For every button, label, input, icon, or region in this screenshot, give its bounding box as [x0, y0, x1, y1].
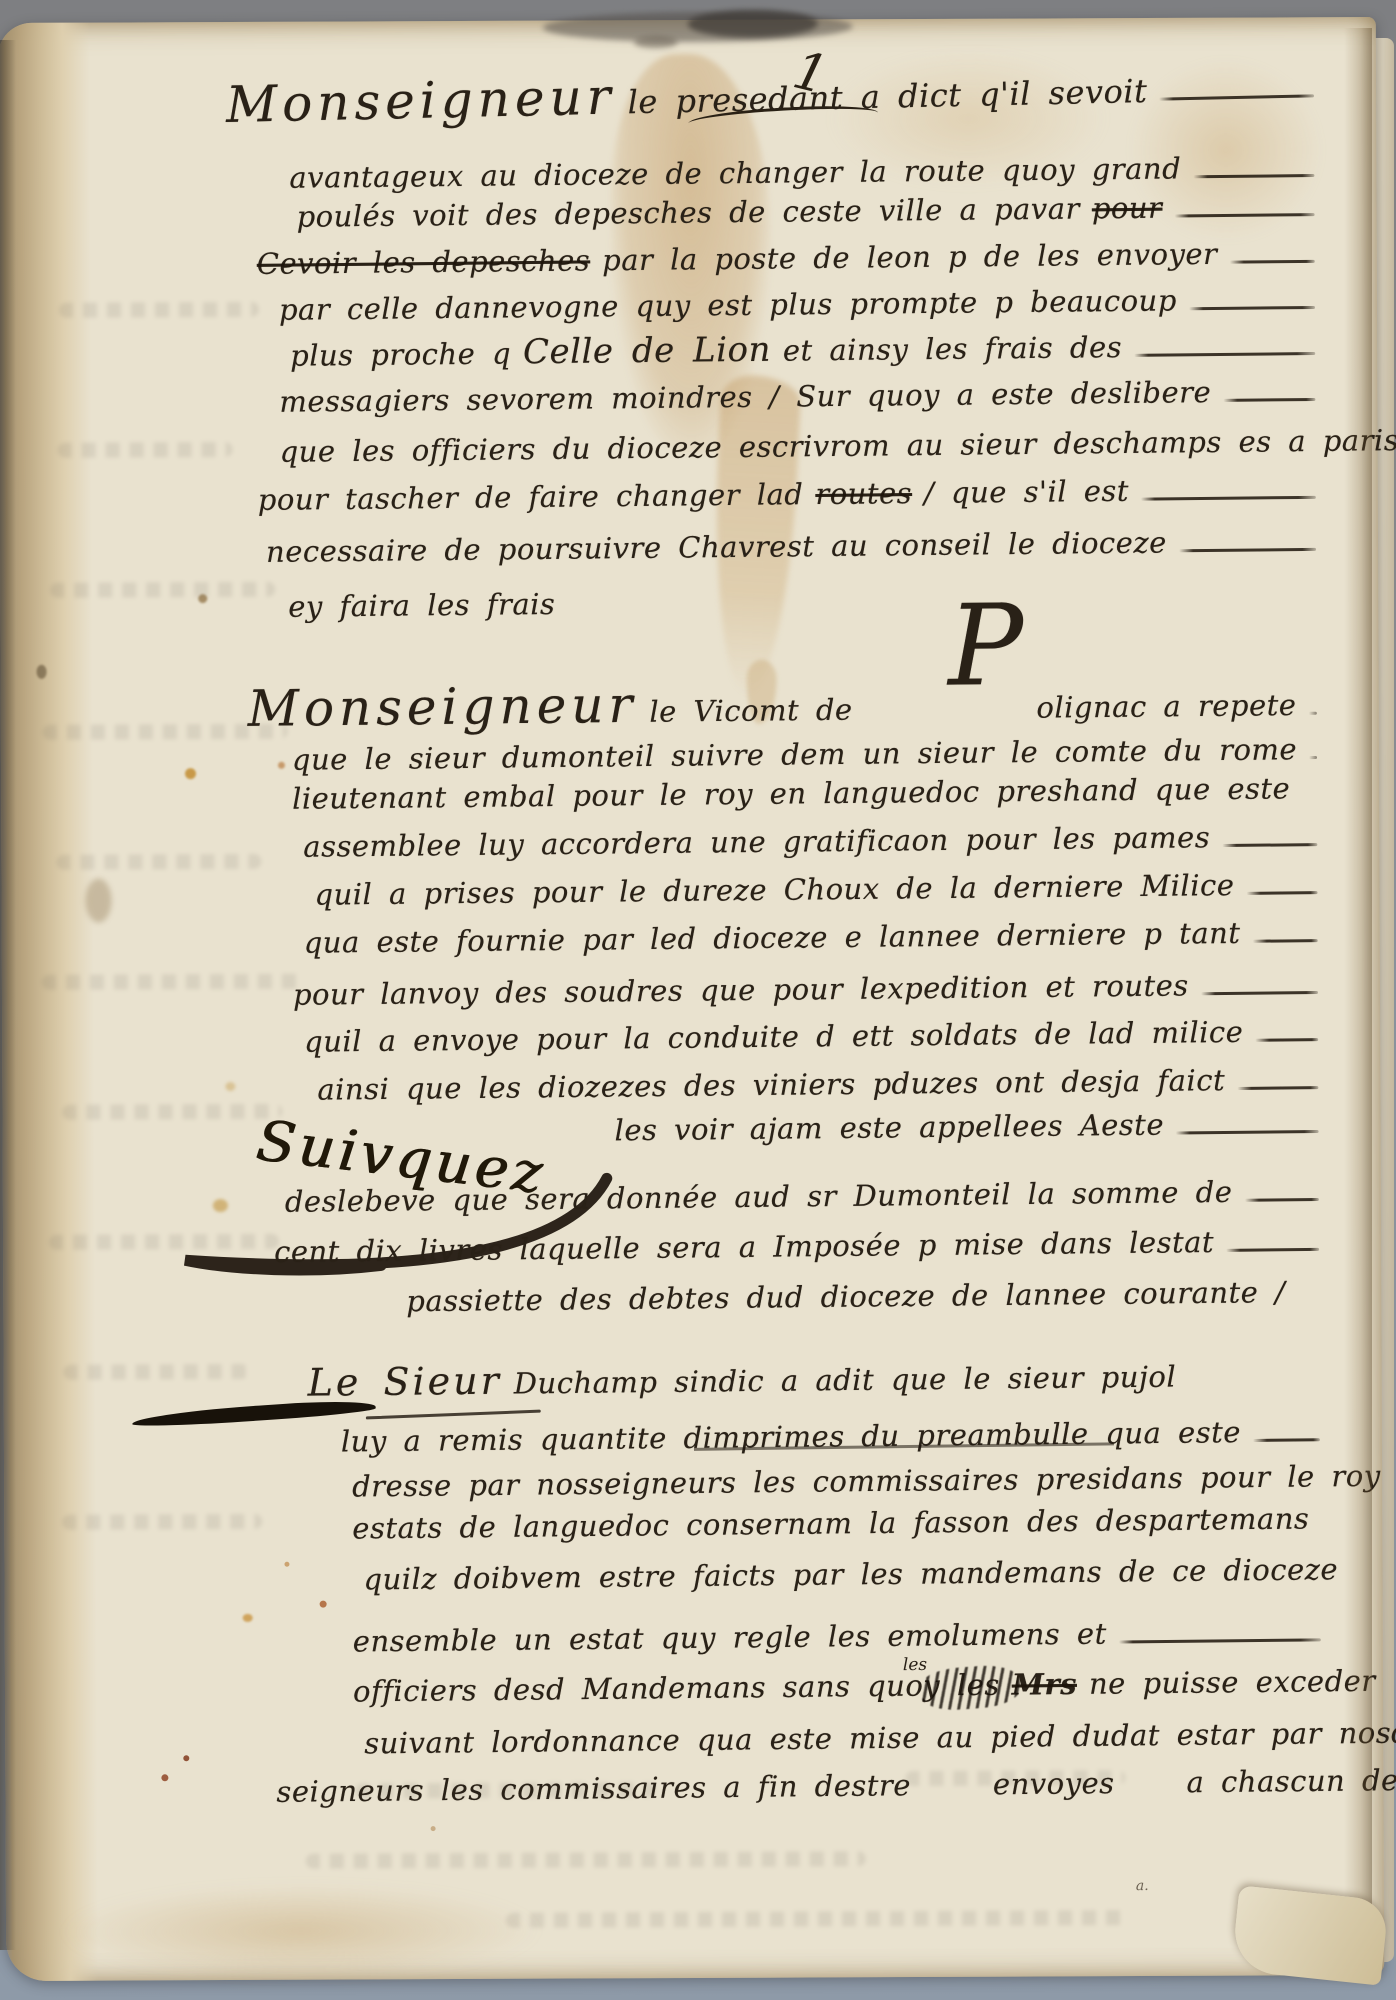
line-end-stroke [1255, 1038, 1318, 1042]
bleed-through [506, 1910, 1126, 1928]
line-end-stroke [1246, 891, 1317, 895]
line-end-stroke [1179, 547, 1316, 552]
manuscript-page: 1 Monseigneur le presedant a dict q'il s… [0, 17, 1384, 1981]
text-line: assemblee luy accordera une gratificaon … [303, 816, 1329, 867]
line-end-stroke [1237, 1086, 1318, 1090]
book-edge-shadow [0, 40, 16, 1950]
text-line: luy a remis quantite dimprimes du preamb… [341, 1411, 1332, 1461]
text-line: pour tascher de faire changer lad routes… [258, 469, 1328, 520]
text-line: par celle dannevogne quy est plus prompt… [279, 279, 1327, 330]
text-line: messagiers sevorem moindres / Sur quoy a… [279, 371, 1327, 422]
foxing-spot [278, 762, 285, 769]
text-line: ey faira les frais [288, 576, 1328, 627]
scribbled-word: Mrs [1012, 1664, 1078, 1705]
text-line: pour lanvoy des soudres que pour lexpedi… [293, 964, 1330, 1015]
text-line: necessaire de poursuivre Chavrest au con… [266, 521, 1328, 572]
text-line: les voir ajam este appellees Aeste [614, 1103, 1330, 1150]
text-line: que les officiers du dioceze escrivrom a… [279, 421, 1327, 472]
text-line: passiette des debtes dud dioceze de lann… [406, 1272, 1331, 1322]
text-line: estats de languedoc consernam la fasson … [352, 1498, 1332, 1548]
bleed-through [62, 1104, 282, 1120]
line-end-stroke [1226, 1247, 1319, 1251]
text-line: Le Sieur Duchamp sindic a adit que le si… [307, 1355, 1331, 1406]
foxing-spot [320, 1601, 327, 1608]
flourish-stroke [366, 1410, 541, 1420]
opening-word: Monseigneur [226, 97, 616, 106]
line-end-stroke [1223, 397, 1315, 401]
text-line: plus proche q Celle de Lion et ainsy les… [290, 325, 1327, 376]
line-end-stroke [1193, 174, 1314, 179]
edge-smudge [543, 11, 853, 42]
line-end-stroke [1201, 991, 1318, 996]
line-end-stroke [1253, 939, 1318, 943]
opening-word: Monseigneur [248, 705, 638, 709]
line-end-stroke [1175, 213, 1315, 218]
text-line: ainsi que les diozezes des viniers pduze… [317, 1059, 1330, 1110]
edge-smudge [688, 9, 818, 38]
strike-through-word: Cevoir les depesches [257, 240, 591, 283]
strike-through-word: pour [1092, 188, 1163, 229]
foxing-spot [183, 1755, 189, 1761]
text-line: quil a prises pour le dureze Choux de la… [314, 864, 1329, 915]
foxing-spot [198, 594, 207, 603]
line-end-stroke [1134, 352, 1315, 357]
foxing-spot [431, 1826, 436, 1831]
strike-through-word: routes [815, 473, 912, 514]
edge-smudge [634, 36, 678, 48]
scribe-mark: a. [1136, 1878, 1149, 1894]
text-line: suivant lordonnance qua este mise au pie… [364, 1713, 1333, 1763]
text-line: officiers desd Mandemans sans quoy les M… [353, 1661, 1333, 1711]
text-line: qua este fournie par led dioceze e lanne… [304, 912, 1330, 963]
foxing-spot [284, 1562, 289, 1567]
foxing-spot [185, 768, 196, 779]
text-line: Cevoir les depesches par la poste de leo… [257, 233, 1327, 284]
line-end-stroke [1253, 1438, 1320, 1442]
line-end-stroke [1309, 756, 1317, 760]
text-line: ensemble un estat quy regle les emolumen… [353, 1611, 1333, 1661]
opening-word: Le Sieur [308, 1381, 502, 1383]
line-end-stroke [1189, 305, 1315, 310]
text-line: Monseigneur le Vicomt de P olignac a rep… [247, 677, 1328, 736]
foxing-spot [225, 1082, 235, 1091]
line-end-stroke [1176, 1129, 1319, 1134]
flourish-stroke [132, 1398, 376, 1429]
photo-background: 1 Monseigneur le presedant a dict q'il s… [0, 0, 1396, 2000]
line-end-stroke [1229, 259, 1314, 263]
text-line: quilz doibvem estre faicts par les mande… [363, 1549, 1332, 1599]
line-end-stroke [1222, 843, 1317, 847]
foxing-spot [161, 1774, 168, 1781]
bleed-through [306, 1851, 866, 1868]
line-end-stroke [1119, 1638, 1321, 1644]
page-crease [1344, 28, 1372, 1950]
text-line: seigneurs les commissaires a fin destre … [276, 1761, 1333, 1812]
text-line: quil a envoye pour la conduite d ett sol… [304, 1011, 1330, 1062]
giant-initial: P [948, 646, 1024, 647]
paper-stain [61, 1883, 541, 1980]
line-end-stroke [1309, 711, 1317, 715]
line-end-stroke [1141, 495, 1316, 500]
line-end-stroke [1159, 94, 1314, 101]
foxing-spot [243, 1614, 253, 1622]
line-end-stroke [1244, 1197, 1318, 1201]
